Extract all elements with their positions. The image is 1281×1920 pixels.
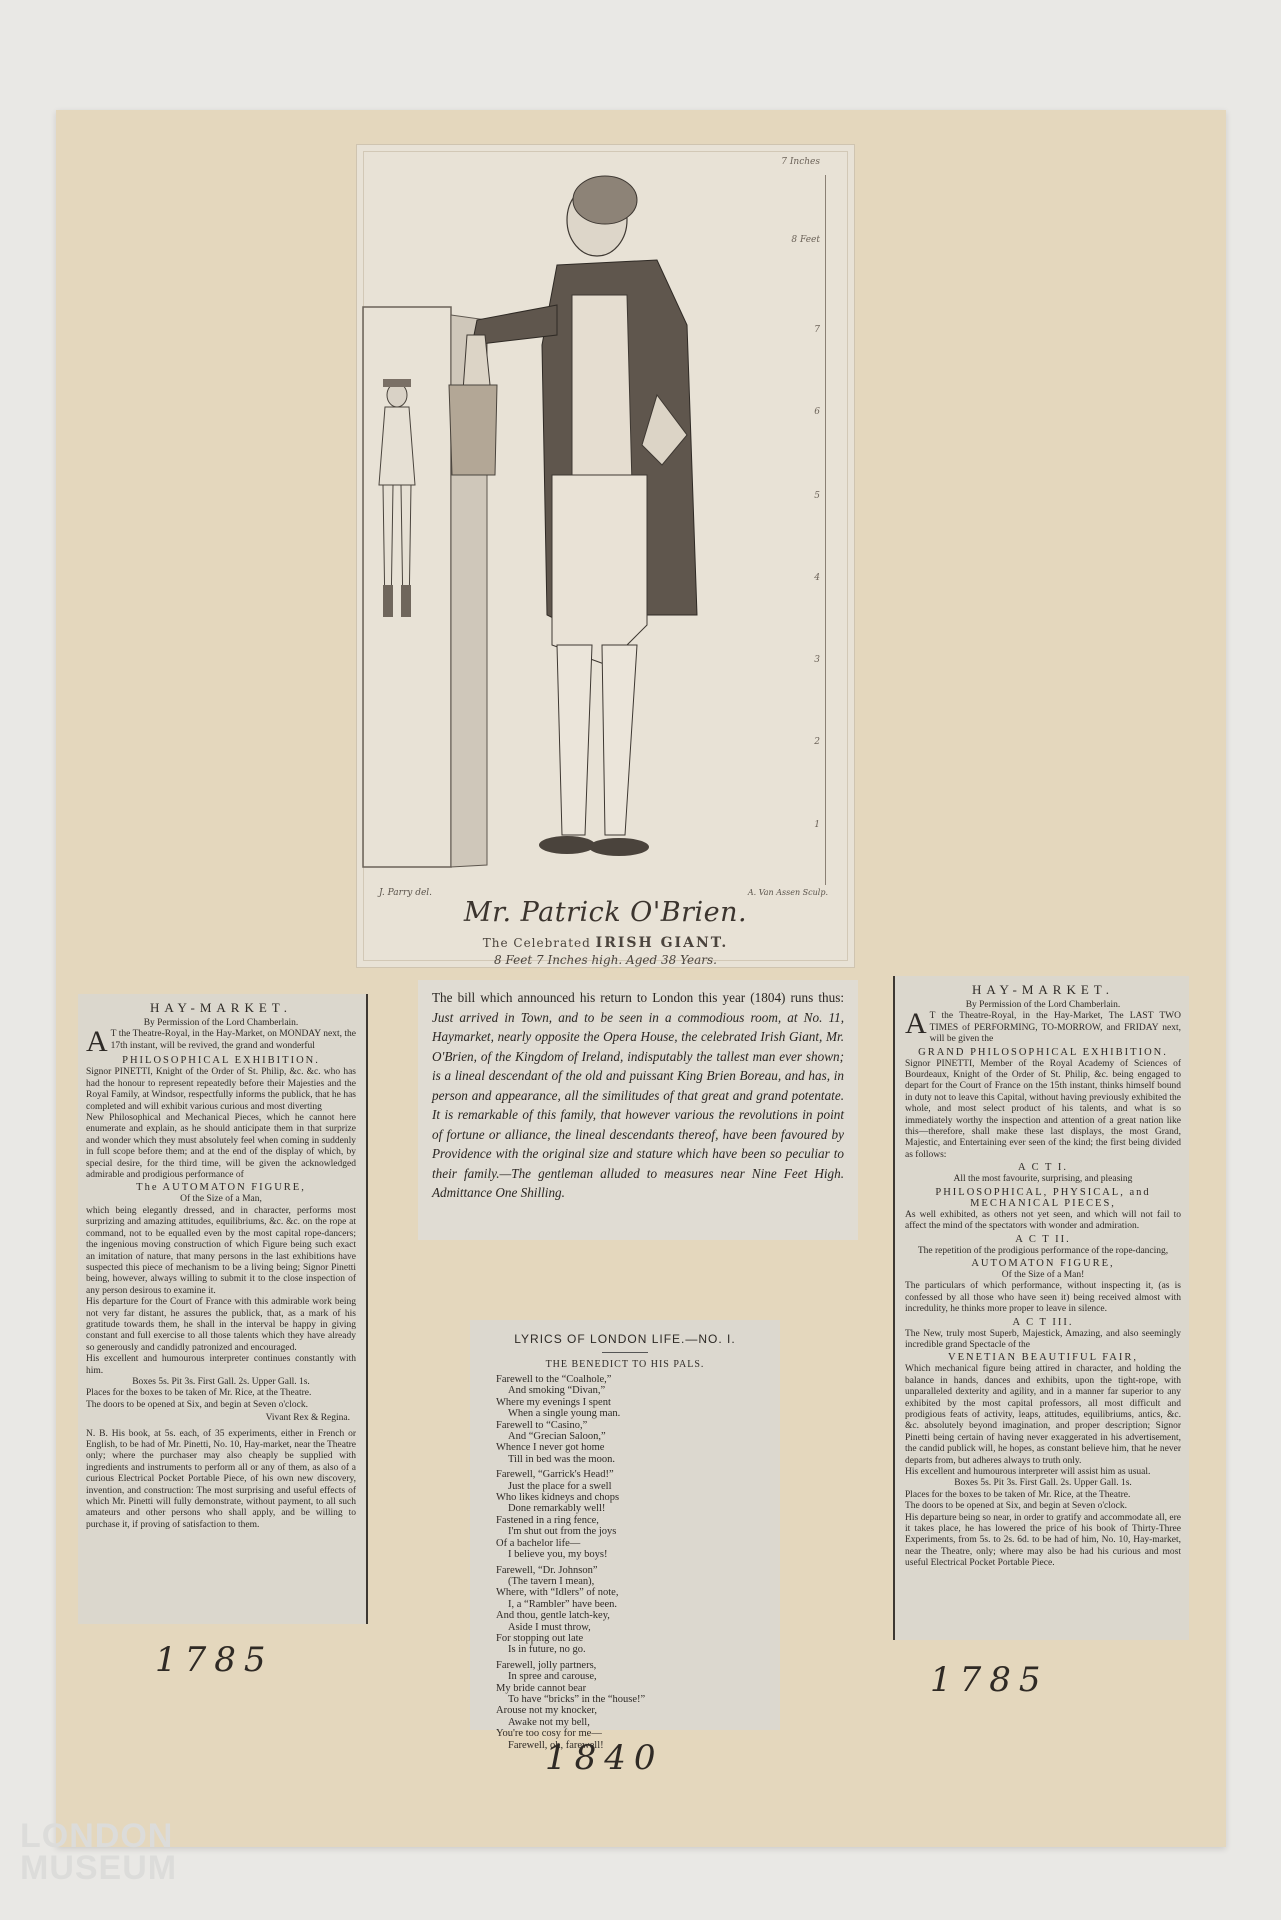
poem-line: Farewell to the “Coalhole,” [482, 1374, 768, 1385]
print-subtitle-2: 8 Feet 7 Inches high. Aged 38 Years. [357, 953, 854, 967]
departure-paragraph: His departure being so near, in order to… [905, 1513, 1181, 1570]
scale-mark: 2 [814, 737, 820, 747]
paragraph: His excellent and humourous interpreter … [905, 1467, 1181, 1478]
clipping-bill-1804: The bill which announced his return to L… [418, 980, 858, 1240]
clipping-lyrics: LYRICS OF LONDON LIFE.—NO. I. THE BENEDI… [470, 1320, 780, 1730]
clipping-haymarket-right: HAY-MARKET. By Permission of the Lord Ch… [893, 976, 1189, 1640]
permission-line: By Permission of the Lord Chamberlain. [905, 1000, 1181, 1011]
act-caps: PHILOSOPHICAL, PHYSICAL, and MECHANICAL … [905, 1187, 1181, 1209]
poem-line: And thou, gentle latch-key, [482, 1610, 768, 1621]
vivant-line: Vivant Rex & Regina. [86, 1413, 350, 1424]
places-line: Places for the boxes to be taken of Mr. … [86, 1388, 356, 1399]
engraving-print: 7 Inches 8 Feet 7 6 5 4 3 2 1 J. Parry d… [356, 144, 855, 968]
paragraph: Which mechanical figure being attired in… [905, 1364, 1181, 1467]
print-title: Mr. Patrick O'Brien. [357, 897, 854, 928]
poem-line: Aside I must throw, [482, 1622, 768, 1633]
paragraph: As well exhibited, as others not yet see… [905, 1210, 1181, 1233]
stanza: Farewell, “Dr. Johnson” (The tavern I me… [482, 1565, 768, 1656]
opening-text: T the Theatre-Royal, in the Hay-Market, … [930, 1011, 1181, 1044]
poem-line: Fastened in a ring fence, [482, 1515, 768, 1526]
scale-mark: 8 Feet [791, 235, 820, 245]
nb-paragraph: N. B. His book, at 5s. each, of 35 exper… [86, 1429, 356, 1532]
prices-line: Boxes 5s. Pit 3s. First Gall. 2s. Upper … [905, 1478, 1181, 1489]
poem-line: Farewell, jolly partners, [482, 1660, 768, 1671]
scale-top-label: 7 Inches [781, 157, 820, 167]
height-scale-bar [825, 175, 826, 885]
bill-intro: The bill which announced his return to L… [432, 990, 844, 1005]
places-line: Places for the boxes to be taken of Mr. … [905, 1490, 1181, 1501]
watermark-line: MUSEUM [20, 1852, 177, 1884]
poem-title: THE BENEDICT TO HIS PALS. [482, 1359, 768, 1370]
poem-line: And smoking “Divan,” [482, 1385, 768, 1396]
poem-line: Farewell to “Casino,” [482, 1420, 768, 1431]
poem-line: Is in future, no go. [482, 1644, 768, 1655]
poem-line: I'm shut out from the joys [482, 1526, 768, 1537]
artist-credit-right: A. Van Assen Sculp. [748, 888, 828, 897]
clipping-title: HAY-MARKET. [86, 1000, 356, 1016]
scale-mark: 7 [814, 325, 820, 335]
poem-line: Done remarkably well! [482, 1503, 768, 1514]
handwritten-date-left: 1785 [155, 1640, 274, 1680]
paragraph: which being elegantly dressed, and in ch… [86, 1206, 356, 1297]
paragraph: The particulars of which performance, wi… [905, 1281, 1181, 1315]
automaton-heading: AUTOMATON FIGURE, [905, 1258, 1181, 1269]
poem-line: Farewell, “Dr. Johnson” [482, 1565, 768, 1576]
act-heading: A C T III. [905, 1317, 1181, 1328]
poem-line: I, a “Rambler” have been. [482, 1599, 768, 1610]
subtitle-prefix: The Celebrated [483, 936, 591, 950]
automaton-heading: The AUTOMATON FIGURE, [86, 1182, 356, 1193]
act-text: All the most favourite, surprising, and … [905, 1174, 1181, 1185]
scale-mark: 4 [814, 573, 820, 583]
act-heading: A C T I. [905, 1162, 1181, 1173]
poem-line: Whence I never got home [482, 1442, 768, 1453]
act-text: The New, truly most Superb, Majestick, A… [905, 1329, 1181, 1352]
prices-line: Boxes 5s. Pit 3s. First Gall. 2s. Upper … [86, 1377, 356, 1388]
size-line: Of the Size of a Man, [86, 1194, 356, 1205]
poem-line: I believe you, my boys! [482, 1549, 768, 1560]
scale-mark: 5 [814, 491, 820, 501]
divider [602, 1352, 648, 1353]
doors-line: The doors to be opened at Six, and begin… [905, 1501, 1181, 1512]
poem-line: When a single young man. [482, 1408, 768, 1419]
clipping-haymarket-left: HAY-MARKET. By Permission of the Lord Ch… [78, 994, 368, 1624]
exhibition-heading: PHILOSOPHICAL EXHIBITION. [86, 1055, 356, 1066]
handwritten-date-right: 1785 [930, 1660, 1049, 1700]
poem-line: Just the place for a swell [482, 1481, 768, 1492]
poem-line: (The tavern I mean), [482, 1576, 768, 1587]
paragraph: His departure for the Court of France wi… [86, 1297, 356, 1354]
stanza: Farewell, “Garrick's Head!” Just the pla… [482, 1469, 768, 1560]
print-subtitle: The Celebrated IRISH GIANT. [357, 935, 854, 951]
subtitle-bold: IRISH GIANT. [596, 935, 729, 951]
poem-line: And “Grecian Saloon,” [482, 1431, 768, 1442]
poem-line: Till in bed was the moon. [482, 1454, 768, 1465]
opening-text: T the Theatre-Royal, in the Hay-Market, … [111, 1029, 356, 1050]
poem-line: In spree and carouse, [482, 1671, 768, 1682]
poem-line: Who likes kidneys and chops [482, 1492, 768, 1503]
watermark-line: LONDON [20, 1820, 177, 1852]
handwritten-date-middle: 1840 [545, 1738, 664, 1778]
act-text: The repetition of the prodigious perform… [905, 1246, 1181, 1257]
poem-line: Of a bachelor life— [482, 1538, 768, 1549]
scale-mark: 6 [814, 407, 820, 417]
scale-mark: 1 [814, 820, 820, 830]
poem-line: Farewell, “Garrick's Head!” [482, 1469, 768, 1480]
poem-line: Awake not my bell, [482, 1717, 768, 1728]
paragraph: New Philosophical and Mechanical Pieces,… [86, 1113, 356, 1181]
museum-watermark: LONDON MUSEUM [20, 1820, 177, 1884]
bill-text: The bill which announced his return to L… [432, 988, 844, 1203]
poem-line: Where, with “Idlers” of note, [482, 1587, 768, 1598]
dropcap: A [86, 1029, 108, 1055]
fair-heading: VENETIAN BEAUTIFUL FAIR, [905, 1352, 1181, 1363]
poem-line: To have “bricks” in the “house!” [482, 1694, 768, 1705]
paragraph: Signor PINETTI, Knight of the Order of S… [86, 1067, 356, 1113]
bill-quote: Just arrived in Town, and to be seen in … [432, 1010, 844, 1201]
poem-line: My bride cannot bear [482, 1683, 768, 1694]
act-heading: A C T II. [905, 1234, 1181, 1245]
scale-mark: 3 [814, 655, 820, 665]
poem-line: Arouse not my knocker, [482, 1705, 768, 1716]
paragraph: Signor PINETTI, Member of the Royal Acad… [905, 1059, 1181, 1162]
size-line: Of the Size of a Man! [905, 1270, 1181, 1281]
exhibition-heading: GRAND PHILOSOPHICAL EXHIBITION. [905, 1047, 1181, 1058]
doors-line: The doors to be opened at Six, and begin… [86, 1400, 356, 1411]
permission-line: By Permission of the Lord Chamberlain. [86, 1018, 356, 1029]
poem-line: For stopping out late [482, 1633, 768, 1644]
poem-line: Where my evenings I spent [482, 1397, 768, 1408]
opening-paragraph: AT the Theatre-Royal, in the Hay-Market,… [905, 1011, 1181, 1045]
giant-figure-illustration [357, 145, 854, 885]
stanza: Farewell to the “Coalhole,” And smoking … [482, 1374, 768, 1465]
clipping-title: HAY-MARKET. [905, 982, 1181, 998]
dropcap: A [905, 1011, 927, 1037]
paragraph: His excellent and humourous interpreter … [86, 1354, 356, 1377]
opening-paragraph: AT the Theatre-Royal, in the Hay-Market,… [86, 1029, 356, 1052]
lyrics-header: LYRICS OF LONDON LIFE.—NO. I. [482, 1332, 768, 1346]
